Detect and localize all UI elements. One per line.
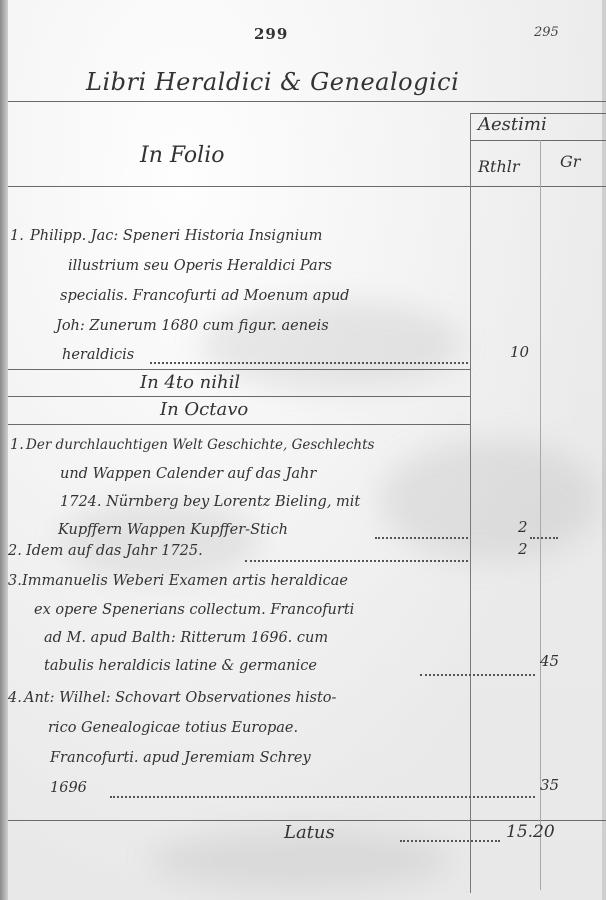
leader-dots: [150, 362, 468, 364]
handwritten-page-number: 295: [534, 25, 559, 40]
entry-number: 1.: [10, 437, 24, 453]
entry-amount-gr: 45: [540, 652, 559, 670]
leader-dots: [420, 674, 535, 676]
paper-stain: [380, 440, 600, 560]
entry-line: Joh: Zunerum 1680 cum figur. aeneis: [56, 318, 329, 334]
title-rule: [8, 101, 606, 102]
entry-amount-rthlr: 2: [518, 518, 528, 536]
total-amount: 15.20: [506, 822, 555, 842]
entry-line: Idem auf das Jahr 1725.: [26, 543, 203, 559]
entry-line: ad M. apud Balth: Ritterum 1696. cum: [44, 630, 328, 646]
header-subrule: [470, 140, 606, 141]
entry-line: und Wappen Calender auf das Jahr: [60, 466, 316, 482]
column-header-aestimi: Aestimi: [478, 114, 547, 135]
entry-line: Kupffern Wappen Kupffer-Stich: [58, 522, 288, 538]
entry-line: tabulis heraldicis latine & germanice: [44, 658, 317, 674]
entry-line: Philipp. Jac: Speneri Historia Insignium: [30, 228, 322, 244]
section-rule: [8, 396, 470, 397]
page-binding-edge: [0, 0, 8, 900]
entry-line: illustrium seu Operis Heraldici Pars: [68, 258, 332, 274]
entry-number: 2.: [8, 543, 22, 559]
section-heading-in-folio: In Folio: [140, 143, 224, 168]
printed-page-number: 299: [254, 25, 288, 43]
total-rule: [8, 820, 606, 821]
leader-dots: [530, 537, 558, 539]
leader-dots: [400, 840, 500, 842]
entry-line: 1724. Nürnberg bey Lorentz Bieling, mit: [60, 494, 360, 510]
entry-number: 3.: [8, 573, 22, 589]
amount-column-divider: [470, 113, 471, 893]
paper-stain: [60, 500, 260, 580]
entry-number: 4.: [8, 690, 22, 706]
entry-amount-rthlr: 10: [510, 343, 529, 361]
total-label: Latus: [284, 822, 335, 843]
entry-line: specialis. Francofurti ad Moenum apud: [60, 288, 349, 304]
ledger-page: 299 295 Libri Heraldici & Genealogici Ae…: [0, 0, 606, 900]
leader-dots: [375, 537, 468, 539]
section-heading-in-quarto: In 4to nihil: [140, 372, 240, 393]
entry-line: Francofurti. apud Jeremiam Schrey: [50, 750, 311, 766]
section-rule: [8, 424, 470, 425]
entry-line: rico Genealogicae totius Europae.: [48, 720, 298, 736]
entry-line: heraldicis: [62, 347, 134, 363]
leader-dots: [110, 796, 535, 798]
entry-amount-rthlr: 2: [518, 540, 528, 558]
entry-line: Immanuelis Weberi Examen artis heraldica…: [22, 573, 348, 589]
page-right-edge: [602, 0, 606, 900]
column-header-gr: Gr: [560, 152, 580, 171]
leader-dots: [245, 560, 468, 562]
section-heading-in-octavo: In Octavo: [160, 399, 248, 420]
entry-number: 1.: [10, 228, 24, 244]
entry-amount-gr: 35: [540, 776, 559, 794]
entry-line: 1696: [50, 780, 87, 796]
entry-line: Ant: Wilhel: Schovart Observationes hist…: [24, 690, 336, 706]
header-bottom-rule: [8, 186, 606, 187]
column-header-rthlr: Rthlr: [478, 157, 520, 176]
page-title: Libri Heraldici & Genealogici: [86, 68, 459, 96]
section-rule: [8, 369, 470, 370]
entry-line: ex opere Spenerians collectum. Francofur…: [34, 602, 354, 618]
entry-line: Der durchlauchtigen Welt Geschichte, Ges…: [26, 437, 374, 453]
